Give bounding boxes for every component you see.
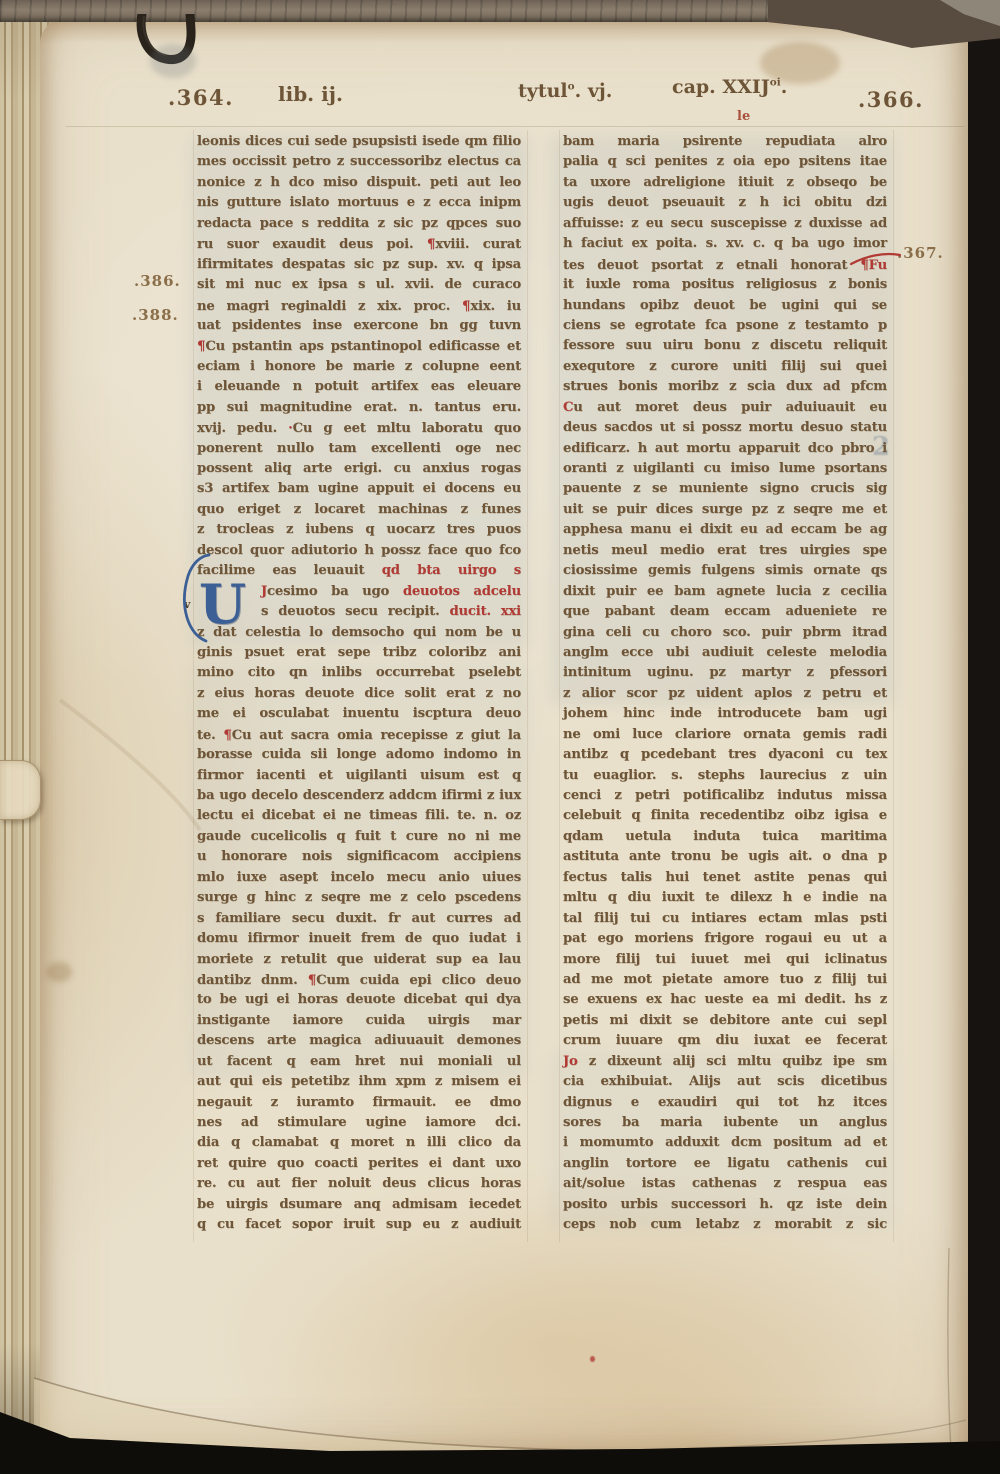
folio-number-right: .366. <box>858 87 924 112</box>
ink-text: uit se puir dices surge pz z seqre me et <box>563 502 887 517</box>
ink-text: descol quor adiutorio h possz face quo f… <box>197 543 521 558</box>
text-line: ciosissime gemis fulgens simis ornate qs <box>563 561 887 581</box>
ink-text: moriete z retulit que uiderat sup ea lau <box>197 952 521 967</box>
ink-text: crum iuuare qm diu iuxat ee fecerat <box>563 1033 887 1048</box>
margin-number: .386. <box>134 272 181 290</box>
text-line: cenci z petri potificalibz indutus missa <box>563 786 887 806</box>
ink-text: ifirmitates despatas sic pz sup. xv. q i… <box>197 257 521 272</box>
text-line: ba ugo decelo descenderz addcm ifirmi z … <box>197 786 521 806</box>
text-line: tu euaglior. s. stephs laurecius z uin <box>563 766 887 786</box>
ruling-line <box>66 126 964 127</box>
illuminated-initial: U <box>199 577 246 631</box>
ink-text: s familiare secu duxit. fr aut curres ad <box>197 911 521 926</box>
text-line: dia q clamabat q moret n illi clico da <box>197 1133 521 1153</box>
text-line: ugis deuot pseuauit z h ici obitu dzi <box>563 193 887 213</box>
text-line: z alior scor pz uident aplos z petru et <box>563 684 887 704</box>
ink-text: sores ba maria iubente un anglus <box>563 1115 887 1130</box>
text-line: crum iuuare qm diu iuxat ee fecerat <box>563 1031 887 1051</box>
ink-text: possent aliq arte erigi. cu anxius rogas <box>197 461 521 476</box>
text-line: Jo z dixeunt alij sci mltu quibz ipe sm <box>563 1052 887 1072</box>
ink-text: leonis dices cui sede psupsisti isede qm… <box>197 134 521 149</box>
ruling-line <box>193 130 194 1242</box>
ink-text: posito urbis successori h. qz iste dein <box>563 1197 887 1212</box>
ink-text: oranti z uigilanti cu imiso lume psortan… <box>563 461 887 476</box>
text-line: ut facent q eam hret nui moniali ul <box>197 1052 521 1072</box>
ink-text: xvij. pedu. <box>197 421 288 436</box>
ink-text: anglin tortore ee ligatu cathenis cui <box>563 1156 887 1171</box>
ink-text: mltu q diu iuxit te dilexz h e indie na <box>563 890 887 905</box>
ink-text: Cu pstantin aps pstantinopol edificasse … <box>205 339 521 354</box>
ruling-line <box>893 130 894 1242</box>
ink-text: dixit puir ee bam agnete lucia z cecilia <box>563 584 887 599</box>
text-line: be uirgis dsumare anq admisam iecedet <box>197 1195 521 1215</box>
text-line: ret quire quo coacti perites ei dant uxo <box>197 1154 521 1174</box>
ink-text: ne magri reginaldi z xix. proc. <box>197 299 462 314</box>
text-line: intinitum uginu. pz martyr z pfessori <box>563 663 887 683</box>
ink-text: nis gutture islato mortuus e z ecca inip… <box>197 195 521 210</box>
ink-text: u aut moret deus puir aduiuauit eu <box>573 400 887 415</box>
text-line: celebuit q finita recedentibz oibz igisa… <box>563 806 887 826</box>
text-line: q cu facet sopor iruit sup eu z audiuit <box>197 1215 521 1235</box>
ink-text: mes occissit petro z successoribz electu… <box>197 154 521 169</box>
ink-text: que pabant deam eccam adueniete re <box>563 604 887 619</box>
text-line: edificarz. h aut mortu apparuit dco pbro… <box>563 439 887 459</box>
text-line: anglm ecce ubi audiuit celeste melodia <box>563 643 887 663</box>
ink-text: s3 artifex bam ugine appuit ei docens eu <box>197 481 521 496</box>
text-line: fessore suu uiru bonu z discetu reliquit <box>563 336 887 356</box>
text-line: ¶Cu pstantin aps pstantinopol edificasse… <box>197 336 521 356</box>
ink-text: it iuxle roma positus religiosus z bonis <box>563 277 887 292</box>
text-line: ciens se egrotate fca psone z testamto p <box>563 316 887 336</box>
ink-text: affuisse: z eu secu suscepisse z duxisse… <box>563 216 887 231</box>
text-line: descol quor adiutorio h possz face quo f… <box>197 541 521 561</box>
ink-text: gaude cucelicolis q fuit t cure no ni me <box>197 829 521 844</box>
ink-text: s deuotos secu recipit. <box>261 604 450 619</box>
ink-text: Cu g eet mltu laboratu quo <box>293 421 521 436</box>
rubric-text: ¶ <box>223 727 231 743</box>
text-line: i eleuande n potuit artifex eas eleuare <box>197 377 521 397</box>
ink-text: aut qui eis petetibz ihm xpm z misem ei <box>197 1074 521 1089</box>
ink-text: dantibz dnm. <box>197 973 308 988</box>
ink-text: dia q clamabat q moret n illi clico da <box>197 1135 521 1150</box>
text-line: dignus e exaudiri qui tot hz itces <box>563 1093 887 1113</box>
text-line: dixit puir ee bam agnete lucia z cecilia <box>563 582 887 602</box>
text-line: anglin tortore ee ligatu cathenis cui <box>563 1154 887 1174</box>
text-line: johem hinc inde introducete bam ugi <box>563 704 887 724</box>
text-line: s familiare secu duxit. fr aut curres ad <box>197 909 521 929</box>
text-line: palia q sci penites z oia epo psitens it… <box>563 152 887 172</box>
rubric-text: ducit. xxi <box>450 604 521 619</box>
ink-text: gina celi cu choro sco. puir pbrm itrad <box>563 625 887 640</box>
guide-letter: v <box>184 598 190 611</box>
ink-text: more filij tui iuuet mei qui iclinatus <box>563 952 887 967</box>
ink-text: Cum cuida epi clico deuo <box>316 973 521 988</box>
text-line: to be ugi ei horas deuote dicebat qui dy… <box>197 990 521 1010</box>
ink-text: strues bonis moribz z scia dux ad pfcm <box>563 379 887 394</box>
ink-text: descens arte magica adiuuauit demones <box>197 1033 521 1048</box>
ink-text: ginis psuet erat sepe tribz coloribz ani <box>197 645 521 660</box>
text-line: nonice z h dco miso dispuit. peti aut le… <box>197 173 521 193</box>
ink-text: intinitum uginu. pz martyr z pfessori <box>563 665 887 680</box>
ink-text: tu euaglior. s. stephs laurecius z uin <box>563 768 887 783</box>
text-line: antibz q pcedebant tres dyaconi cu tex <box>563 745 887 765</box>
ink-text: bam maria psirente repudiata alro <box>563 134 887 149</box>
ink-text: exequtore z curore uniti filij sui quei <box>563 359 887 374</box>
text-line: moriete z retulit que uiderat sup ea lau <box>197 950 521 970</box>
text-line: hundans opibz deuot be ugini qui se <box>563 296 887 316</box>
text-line: apphesa manu ei dixit eu ad eccam be ag <box>563 520 887 540</box>
ink-text: z dixeunt alij sci mltu quibz ipe sm <box>578 1054 887 1069</box>
text-line: pat ego moriens frigore rogaui eu ut a <box>563 929 887 949</box>
text-line: ru suor exaudit deus poi. ¶xviii. curat <box>197 234 521 254</box>
ink-text: astituta ante tronu be ugis ait. o dna p <box>563 849 887 864</box>
ink-text: z eius horas deuote dice solit erat z no <box>197 686 521 701</box>
text-line: strues bonis moribz z scia dux ad pfcm <box>563 377 887 397</box>
text-line: qdam uetula induta tuica maritima <box>563 827 887 847</box>
text-line: negauit z iuramto firmauit. ee dmo <box>197 1093 521 1113</box>
ink-text: ait/solue istas cathenas z respua eas <box>563 1176 887 1191</box>
ink-text: ut facent q eam hret nui moniali ul <box>197 1054 521 1069</box>
text-line: gaude cucelicolis q fuit t cure no ni me <box>197 827 521 847</box>
ink-text: sit mi nuc ex ipsa s ul. xvii. de curaco <box>197 277 521 292</box>
text-line: posito urbis successori h. qz iste dein <box>563 1195 887 1215</box>
text-line: leonis dices cui sede psupsisti isede qm… <box>197 132 521 152</box>
text-line: more filij tui iuuet mei qui iclinatus <box>563 950 887 970</box>
text-line: h faciut ex poita. s. xv. c. q ba ugo im… <box>563 234 887 254</box>
ink-text: pauente z se muniente signo crucis sig <box>563 481 887 496</box>
text-line: sores ba maria iubente un anglus <box>563 1113 887 1133</box>
ink-text: dignus e exaudiri qui tot hz itces <box>563 1095 887 1110</box>
text-line: possent aliq arte erigi. cu anxius rogas <box>197 459 521 479</box>
ink-text: ciosissime gemis fulgens simis ornate qs <box>563 563 887 578</box>
margin-number: .388. <box>132 306 179 324</box>
text-column-left: leonis dices cui sede psupsisti isede qm… <box>197 132 521 1236</box>
text-line: bam maria psirente repudiata alro <box>563 132 887 152</box>
ink-text: pat ego moriens frigore rogaui eu ut a <box>563 931 887 946</box>
ink-text: fectus talis hui tenet astite penas qui <box>563 870 887 885</box>
ink-text: quo eriget z locaret machinas z funes <box>197 502 521 517</box>
ink-text: ciens se egrotate fca psone z testamto p <box>563 318 887 333</box>
ink-text: mino cito qn inlibs occurrebat pselebt <box>197 665 521 680</box>
text-line: astituta ante tronu be ugis ait. o dna p <box>563 847 887 867</box>
rubric-text: ¶ <box>860 257 868 273</box>
ink-text: uat psidentes inse exercone bn gg tuvn <box>197 318 521 333</box>
ink-text: ret quire quo coacti perites ei dant uxo <box>197 1156 521 1171</box>
text-line: gina celi cu choro sco. puir pbrm itrad <box>563 623 887 643</box>
ink-text: lectu ei dicebat ei ne timeas fili. te. … <box>197 808 521 823</box>
ink-text: cia exhibuiat. Alijs aut scis dicetibus <box>563 1074 887 1089</box>
ink-text: netis meul medio erat tres uirgies spe <box>563 543 887 558</box>
chapter-label: cap. XXIJoi. <box>672 76 787 98</box>
text-line: firmor iacenti et uigilanti uisum est q <box>197 766 521 786</box>
text-line: it iuxle roma positus religiosus z bonis <box>563 275 887 295</box>
ink-text: nes ad stimulare ugine iamore dci. <box>197 1115 521 1130</box>
text-line: mes occissit petro z successoribz electu… <box>197 152 521 172</box>
ink-text: anglm ecce ubi audiuit celeste melodia <box>563 645 887 660</box>
text-line: ceps nob cum letabz z morabit z sic <box>563 1215 887 1235</box>
rubric-text: deuotos adcelu <box>403 584 521 599</box>
text-line: deus sacdos ut si possz mortu desuo stat… <box>563 418 887 438</box>
text-line: mltu q diu iuxit te dilexz h e indie na <box>563 888 887 908</box>
text-line: ne omi luce clariore ornata gemis radi <box>563 725 887 745</box>
text-line: Cu aut moret deus puir aduiuauit eu <box>563 398 887 418</box>
ink-text: cenci z petri potificalibz indutus missa <box>563 788 887 803</box>
text-line: netis meul medio erat tres uirgies spe <box>563 541 887 561</box>
folio-number-left: .364. <box>168 85 234 110</box>
text-line: affuisse: z eu secu suscepisse z duxisse… <box>563 214 887 234</box>
book-label: lib. ij. <box>278 82 343 106</box>
text-line: ad me mot pietate amore tuo z filij tui <box>563 970 887 990</box>
ink-text: edificarz. h aut mortu apparuit dco pbro… <box>563 441 887 456</box>
text-line: que pabant deam eccam adueniete re <box>563 602 887 622</box>
text-line: uat psidentes inse exercone bn gg tuvn <box>197 316 521 336</box>
ink-text: ru suor exaudit deus poi. <box>197 237 427 252</box>
text-line: sit mi nuc ex ipsa s ul. xvii. de curaco <box>197 275 521 295</box>
ink-text: celebuit q finita recedentibz oibz igisa… <box>563 808 887 823</box>
text-line: mino cito qn inlibs occurrebat pselebt <box>197 663 521 683</box>
text-line: ponerent nullo tam excellenti oge nec <box>197 439 521 459</box>
ink-text: u honorare nois significacom accipiens <box>197 849 521 864</box>
margin-number: .367. <box>897 244 944 262</box>
rubric-text: Jo <box>563 1054 578 1069</box>
ink-text: z alior scor pz uident aplos z petru et <box>563 686 887 701</box>
text-line: oranti z uigilanti cu imiso lume psortan… <box>563 459 887 479</box>
text-line: fectus talis hui tenet astite penas qui <box>563 868 887 888</box>
ink-text: z trocleas z iubens q uocarz tres puos <box>197 522 521 537</box>
ink-text: nonice z h dco miso dispuit. peti aut le… <box>197 175 521 190</box>
titulus-label: tytulo. vj. <box>518 80 612 102</box>
text-line: aut qui eis petetibz ihm xpm z misem ei <box>197 1072 521 1092</box>
text-line: uit se puir dices surge pz z seqre me et <box>563 500 887 520</box>
text-line: ta uxore adreligione itiuit z obseqo be <box>563 173 887 193</box>
ink-text: te. <box>197 728 223 743</box>
rubric-text: qd bta uirgo s <box>382 563 521 578</box>
ink-text: fessore suu uiru bonu z discetu reliquit <box>563 338 887 353</box>
ink-text: q cu facet sopor iruit sup eu z audiuit <box>197 1217 521 1232</box>
text-line: descens arte magica adiuuauit demones <box>197 1031 521 1051</box>
text-line: u honorare nois significacom accipiens <box>197 847 521 867</box>
text-line: s3 artifex bam ugine appuit ei docens eu <box>197 479 521 499</box>
text-line: lectu ei dicebat ei ne timeas fili. te. … <box>197 806 521 826</box>
manuscript-photo: 2 .364. lib. ij. tytulo. vj. cap. XXIJoi… <box>0 0 1000 1474</box>
ink-text: ponerent nullo tam excellenti oge nec <box>197 441 521 456</box>
text-line: borasse cuida sii longe adomo indomo in <box>197 745 521 765</box>
text-line: domu ifirmor inueit frem de quo iudat i <box>197 929 521 949</box>
ink-text: antibz q pcedebant tres dyaconi cu tex <box>563 747 887 762</box>
text-line: te. ¶Cu aut sacra omia recepisse z giut … <box>197 725 521 745</box>
stain <box>150 44 196 78</box>
text-line: dantibz dnm. ¶Cum cuida epi clico deuo <box>197 970 521 990</box>
ink-text: i eleuande n potuit artifex eas eleuare <box>197 379 521 394</box>
ink-text: cesimo ba ugo <box>267 584 403 599</box>
ink-spot <box>590 1356 595 1362</box>
text-line: z trocleas z iubens q uocarz tres puos <box>197 520 521 540</box>
text-line: re. cu aut fier noluit deus clicus horas <box>197 1174 521 1194</box>
text-line: xvij. pedu. ·Cu g eet mltu laboratu quo <box>197 418 521 438</box>
ink-text: i momumto adduxit dcm positum ad et <box>563 1135 887 1150</box>
text-line: tal filij tui cu intiares ectam mlas pst… <box>563 909 887 929</box>
text-line: z eius horas deuote dice solit erat z no <box>197 684 521 704</box>
text-line: eciam i honore be marie z colupne eent <box>197 357 521 377</box>
ink-text: negauit z iuramto firmauit. ee dmo <box>197 1095 521 1110</box>
ruling-line <box>527 130 528 1242</box>
text-line: tes deuot psortat z etnali honorat ¶Fu <box>563 255 887 275</box>
ink-text: h faciut ex poita. s. xv. c. q ba ugo im… <box>563 236 887 251</box>
text-line: pp sui magnitudine erat. n. tantus eru. <box>197 398 521 418</box>
ink-text: domu ifirmor inueit frem de quo iudat i <box>197 931 521 946</box>
ink-text: se exuens ex hac ueste ea mi dedit. hs z <box>563 992 887 1007</box>
ink-text: to be ugi ei horas deuote dicebat qui dy… <box>197 992 521 1007</box>
rubric-text: ¶ <box>308 972 316 988</box>
parchment-tab <box>0 760 41 820</box>
ink-text: xviii. curat <box>435 237 521 252</box>
text-line: instigante iamore cuida uirgis mar <box>197 1011 521 1031</box>
ink-text: redacta pace s reddita z sic pz qpces su… <box>197 216 521 231</box>
text-line: petis mi dixit se debitore ante cui sepl <box>563 1011 887 1031</box>
ink-text: ta uxore adreligione itiuit z obseqo be <box>563 175 887 190</box>
text-line: ait/solue istas cathenas z respua eas <box>563 1174 887 1194</box>
right-page-edges <box>966 10 1000 1462</box>
ink-text: mlo iuxe asept incelo mecu anio uiues <box>197 870 521 885</box>
ink-text: tal filij tui cu intiares ectam mlas pst… <box>563 911 887 926</box>
ink-text: ne omi luce clariore ornata gemis radi <box>563 727 887 742</box>
ink-text: ad me mot pietate amore tuo z filij tui <box>563 972 887 987</box>
text-line: me ei osculabat inuentu iscptura deuo <box>197 704 521 724</box>
ink-text: firmor iacenti et uigilanti uisum est q <box>197 768 521 783</box>
rubric-text: C <box>563 400 573 415</box>
text-line: ifirmitates despatas sic pz sup. xv. q i… <box>197 255 521 275</box>
stain <box>46 962 72 982</box>
text-line: redacta pace s reddita z sic pz qpces su… <box>197 214 521 234</box>
ink-text: ceps nob cum letabz z morabit z sic <box>563 1217 887 1232</box>
ink-text: eciam i honore be marie z colupne eent <box>197 359 521 374</box>
ink-text: apphesa manu ei dixit eu ad eccam be ag <box>563 522 887 537</box>
ink-text: tes deuot psortat z etnali honorat <box>563 258 860 273</box>
text-line: cia exhibuiat. Alijs aut scis dicetibus <box>563 1072 887 1092</box>
text-line: surge g hinc z seqre me z celo pscedens <box>197 888 521 908</box>
ink-text: ba ugo decelo descenderz addcm ifirmi z … <box>197 788 521 803</box>
text-line: quo eriget z locaret machinas z funes <box>197 500 521 520</box>
catchword: le <box>737 109 750 124</box>
ink-text: Cu aut sacra omia recepisse z giut la <box>232 728 521 743</box>
text-line: i momumto adduxit dcm positum ad et <box>563 1133 887 1153</box>
text-line: ne magri reginaldi z xix. proc. ¶xix. iu <box>197 296 521 316</box>
text-line: ginis psuet erat sepe tribz coloribz ani <box>197 643 521 663</box>
text-line: mlo iuxe asept incelo mecu anio uiues <box>197 868 521 888</box>
text-line: pauente z se muniente signo crucis sig <box>563 479 887 499</box>
ink-text: surge g hinc z seqre me z celo pscedens <box>197 890 521 905</box>
text-line: nes ad stimulare ugine iamore dci. <box>197 1113 521 1133</box>
text-line: se exuens ex hac ueste ea mi dedit. hs z <box>563 990 887 1010</box>
text-line: exequtore z curore uniti filij sui quei <box>563 357 887 377</box>
ink-text: instigante iamore cuida uirgis mar <box>197 1013 521 1028</box>
ink-text: be uirgis dsumare anq admisam iecedet <box>197 1197 521 1212</box>
ink-text: palia q sci penites z oia epo psitens it… <box>563 154 887 169</box>
ink-text: johem hinc inde introducete bam ugi <box>563 706 887 721</box>
text-line: nis gutture islato mortuus e z ecca inip… <box>197 193 521 213</box>
ink-text: hundans opibz deuot be ugini qui se <box>563 298 887 313</box>
text-column-right: bam maria psirente repudiata alropalia q… <box>563 132 887 1236</box>
ruling-line <box>559 130 560 1242</box>
ink-text: ugis deuot pseuauit z h ici obitu dzi <box>563 195 887 210</box>
ink-text: deus sacdos ut si possz mortu desuo stat… <box>563 420 887 435</box>
ink-text: petis mi dixit se debitore ante cui sepl <box>563 1013 887 1028</box>
ink-text: re. cu aut fier noluit deus clicus horas <box>197 1176 521 1191</box>
ink-text: xix. iu <box>470 299 521 314</box>
rubric-text: Fu <box>869 258 887 273</box>
ink-text: pp sui magnitudine erat. n. tantus eru. <box>197 400 521 415</box>
ink-text: me ei osculabat inuentu iscptura deuo <box>197 706 521 721</box>
ink-text: qdam uetula induta tuica maritima <box>563 829 887 844</box>
ink-text: borasse cuida sii longe adomo indomo in <box>197 747 521 762</box>
